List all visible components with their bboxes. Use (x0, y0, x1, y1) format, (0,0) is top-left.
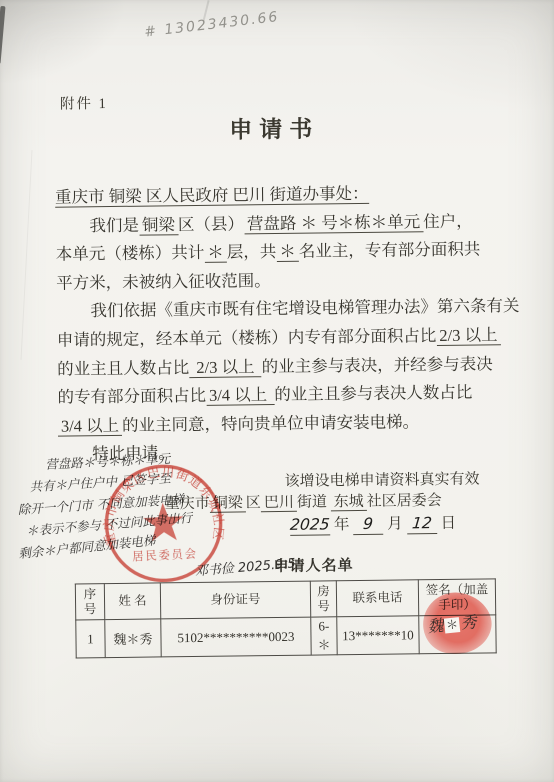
committee-community-blank: 东城 (331, 494, 367, 511)
floors-blank: ＊ (204, 243, 227, 263)
cell-phone: 13*******10 (337, 616, 419, 655)
committee-validity-statement: 该增设电梯申请资料真实有效 (284, 468, 479, 491)
letter-body: 重庆市 铜梁 区人民政府 巴川 街道办事处： 我们是铜梁区（县）营盘路 ＊ 号＊… (55, 178, 512, 469)
owners-blank: ＊ (276, 242, 299, 262)
cell-name: 魏＊秀 (105, 619, 161, 658)
headcount-ratio-blank: 2/3 以上 (189, 357, 262, 378)
roster-title: 申请人名单 (273, 554, 353, 576)
attachment-label: 附件 1 (60, 92, 108, 114)
col-header-name: 姓 名 (104, 583, 160, 620)
salutation-street-blank: 巴川 (232, 185, 265, 204)
area-ratio-blank: 2/3 以上 (436, 325, 500, 346)
body-line: 本单元（楼栋）共计＊层，共＊名业主，专有部分面积共 (56, 235, 510, 269)
cell-room-number: 6-＊ (311, 617, 337, 655)
seal-star-icon (143, 502, 185, 542)
seal-banner-text: 居民委员会 (132, 546, 198, 563)
date-month-handwritten: 9 (363, 515, 375, 533)
salutation-office: 街道办事处： (269, 184, 368, 204)
document-content: # 13023430.66 附件 1 申请书 重庆市 铜梁 区人民政府 巴川 街… (0, 0, 554, 782)
endorsement-date: 2025 年 9 月 12 日 (290, 511, 456, 536)
body-line: 的专有部分面积占比3/4 以上 的业主且参与表决人数占比 (57, 378, 511, 412)
col-header-index: 序号 (75, 584, 104, 620)
salutation-district-blank: 铜梁 (109, 187, 142, 206)
cell-id-number: 5102**********0023 (161, 617, 311, 657)
salutation-gov: 区人民政府 (146, 186, 229, 206)
signature-given-name: 秀 (459, 612, 477, 632)
date-year-handwritten: 2025 (290, 515, 331, 534)
col-header-id-number: 身份证号 (160, 581, 310, 619)
page-title: 申请书 (0, 108, 551, 148)
cell-index: 1 (76, 620, 105, 658)
salutation-city: 重庆市 (55, 187, 105, 207)
col-header-phone: 联系电话 (336, 580, 418, 617)
address-blank: 营盘路 ＊ 号＊栋＊单元 (244, 212, 423, 234)
district-blank: 铜梁 (139, 215, 178, 235)
signature-privacy-mask: ＊ (444, 617, 460, 633)
signature-surname: 魏 (427, 616, 445, 636)
vote-area-ratio-blank: 3/4 以上 (206, 385, 275, 406)
scanned-application-document: # 13023430.66 附件 1 申请书 重庆市 铜梁 区人民政府 巴川 街… (0, 0, 554, 782)
col-header-room-number: 房号 (310, 581, 336, 617)
vote-headcount-ratio-blank: 3/4 以上 (58, 416, 122, 437)
date-day-handwritten: 12 (411, 514, 432, 532)
pencil-reference-number: # 13023430.66 (144, 9, 281, 41)
